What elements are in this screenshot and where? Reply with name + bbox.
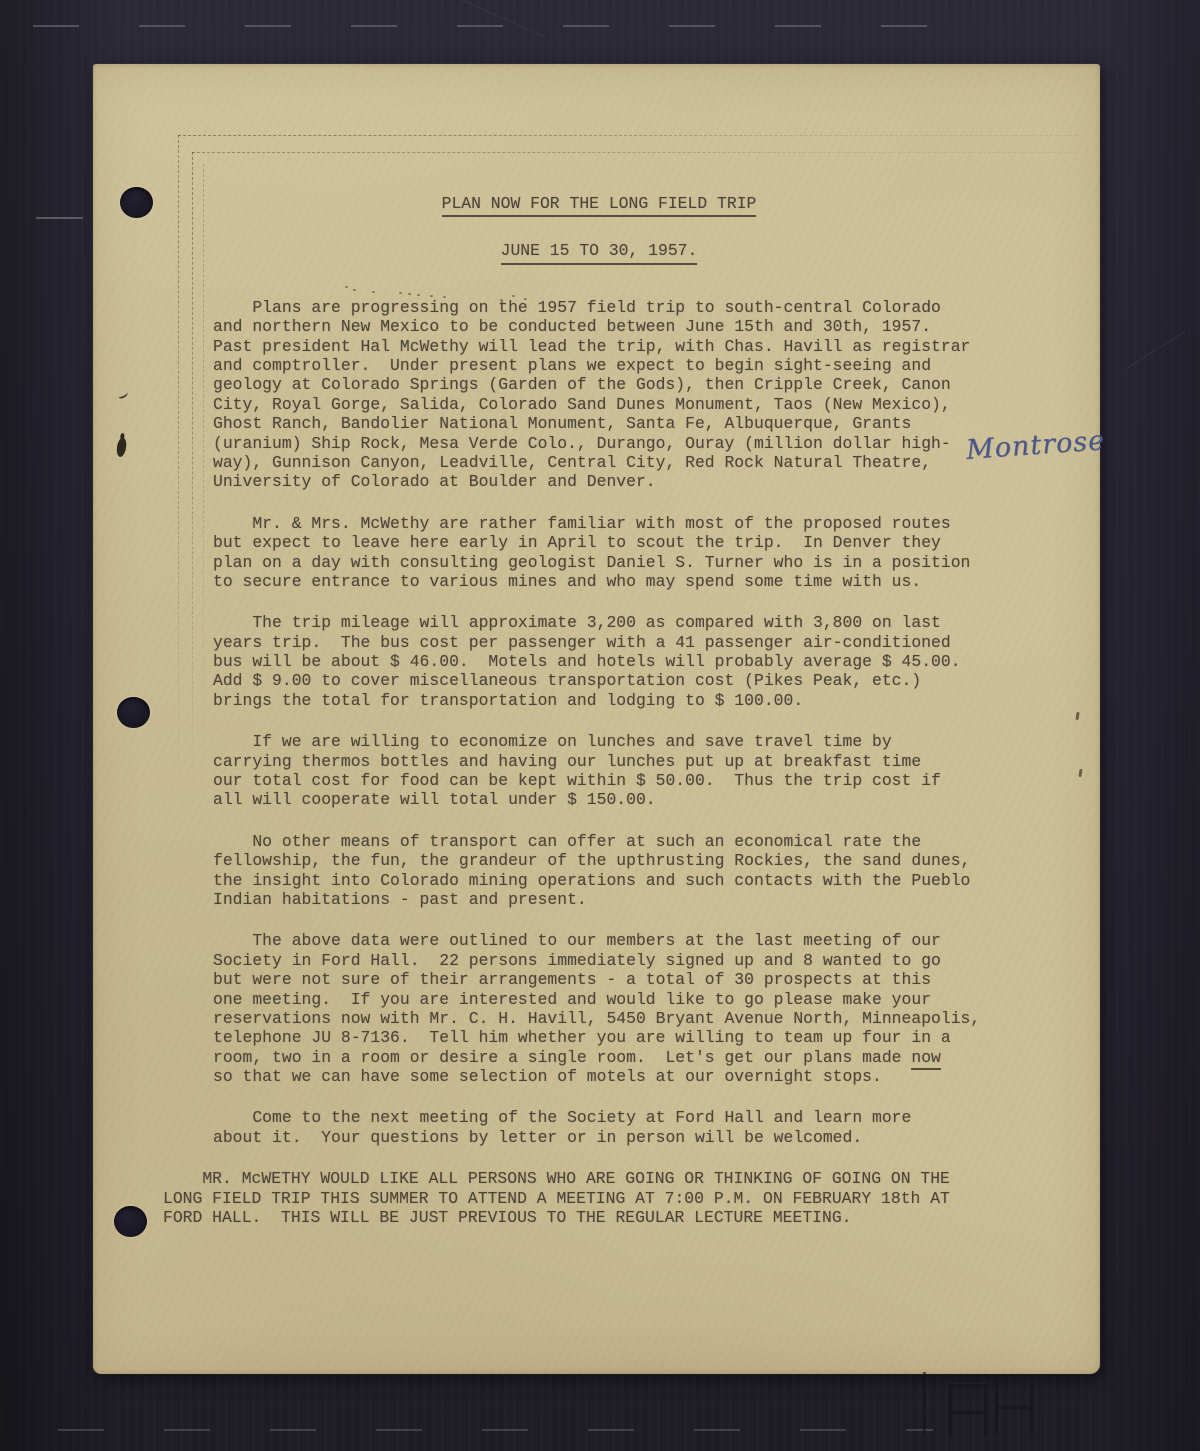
- margin-ink-blot: [116, 438, 127, 458]
- text-line: geology at Colorado Springs (Garden of t…: [213, 375, 985, 394]
- text-line: Come to the next meeting of the Society …: [213, 1108, 985, 1127]
- document-page: PLAN NOW FOR THE LONG FIELD TRIP JUNE 15…: [93, 64, 1100, 1374]
- paragraph-next-meeting: Come to the next meeting of the Society …: [213, 1108, 985, 1147]
- text-line: LONG FIELD TRIP THIS SUMMER TO ATTEND A …: [163, 1189, 985, 1208]
- background-scratch: [1125, 332, 1185, 370]
- paragraph-reservations: The above data were outlined to our memb…: [213, 931, 985, 1086]
- text-line: Mr. & Mrs. McWethy are rather familiar w…: [213, 514, 985, 533]
- text-line: years trip. The bus cost per passenger w…: [213, 633, 985, 652]
- paragraph-value: No other means of transport can offer at…: [213, 832, 985, 910]
- margin-ink-tick: [1075, 712, 1079, 720]
- stencil-guide-line: [192, 152, 1076, 153]
- scanner-dash-marks-top: [33, 25, 938, 27]
- paragraph-lunch-economy: If we are willing to economize on lunche…: [213, 732, 985, 810]
- text-line: Plans are progressing on the 1957 field …: [213, 298, 985, 317]
- stencil-guide-line: [192, 152, 193, 794]
- text-line: No other means of transport can offer at…: [213, 832, 985, 851]
- text-line: and northern New Mexico to be conducted …: [213, 317, 985, 336]
- paragraph-meeting-notice: MR. McWETHY WOULD LIKE ALL PERSONS WHO A…: [163, 1169, 985, 1227]
- text-line: way), Gunnison Canyon, Leadville, Centra…: [213, 453, 985, 472]
- text-line: Past president Hal McWethy will lead the…: [213, 337, 985, 356]
- handwritten-margin-annotation: Montrose: [965, 425, 1106, 466]
- typed-content: PLAN NOW FOR THE LONG FIELD TRIP JUNE 15…: [213, 194, 985, 1249]
- margin-ink-tick: [117, 390, 129, 400]
- text-line: and comptroller. Under present plans we …: [213, 356, 985, 375]
- text-line: carrying thermos bottles and having our …: [213, 752, 985, 771]
- emboss-glyph-h: [995, 1384, 1033, 1434]
- paragraph-scouting: Mr. & Mrs. McWethy are rather familiar w…: [213, 514, 985, 592]
- text-line: but were not sure of their arrangements …: [213, 970, 985, 989]
- text-line: our total cost for food can be kept with…: [213, 771, 985, 790]
- text-line: about it. Your questions by letter or in…: [213, 1128, 985, 1147]
- text-line: Society in Ford Hall. 22 persons immedia…: [213, 951, 985, 970]
- text-line: reservations now with Mr. C. H. Havill, …: [213, 1009, 985, 1028]
- stencil-guide-line: [203, 164, 204, 784]
- stencil-guide-line: [178, 135, 1078, 136]
- background-streak: [36, 217, 83, 219]
- paragraph-costs: The trip mileage will approximate 3,200 …: [213, 613, 985, 710]
- text-line: The above data were outlined to our memb…: [213, 931, 985, 950]
- text-line: If we are willing to economize on lunche…: [213, 732, 985, 751]
- scanner-dash-marks-bottom: [58, 1429, 933, 1431]
- text-line: Ghost Ranch, Bandolier National Monument…: [213, 414, 985, 433]
- punch-hole: [114, 1206, 147, 1237]
- text-line: plan on a day with consulting geologist …: [213, 553, 985, 572]
- background-scratch: [435, 0, 545, 37]
- text-line: City, Royal Gorge, Salida, Colorado Sand…: [213, 395, 985, 414]
- embossed-folder-marks: [915, 1372, 1075, 1442]
- text-line: so that we can have some selection of mo…: [213, 1067, 985, 1086]
- text-line: but expect to leave here early in April …: [213, 533, 985, 552]
- document-title: PLAN NOW FOR THE LONG FIELD TRIP: [442, 194, 757, 217]
- text-line: bus will be about $ 46.00. Motels and ho…: [213, 652, 985, 671]
- text-line: all will cooperate will total under $ 15…: [213, 790, 985, 809]
- margin-ink-tick: [1078, 769, 1082, 777]
- stencil-guide-line: [178, 135, 179, 785]
- title-row: PLAN NOW FOR THE LONG FIELD TRIP: [213, 194, 985, 217]
- emboss-glyph-a: [949, 1384, 987, 1437]
- text-line: fellowship, the fun, the grandeur of the…: [213, 851, 985, 870]
- text-line: to secure entrance to various mines and …: [213, 572, 985, 591]
- text-line: Add $ 9.00 to cover miscellaneous transp…: [213, 671, 985, 690]
- text-line: the insight into Colorado mining operati…: [213, 871, 985, 890]
- text-line: MR. McWETHY WOULD LIKE ALL PERSONS WHO A…: [163, 1169, 985, 1188]
- emboss-bar: [923, 1372, 926, 1434]
- document-date: JUNE 15 TO 30, 1957.: [501, 241, 698, 264]
- punch-hole: [117, 697, 150, 728]
- text-line: FORD HALL. THIS WILL BE JUST PREVIOUS TO…: [163, 1208, 985, 1227]
- punch-hole: [120, 187, 153, 218]
- text-line: telephone JU 8-7136. Tell him whether yo…: [213, 1028, 985, 1047]
- text-line: one meeting. If you are interested and w…: [213, 990, 985, 1009]
- text-line: University of Colorado at Boulder and De…: [213, 472, 985, 491]
- scan-background: PLAN NOW FOR THE LONG FIELD TRIP JUNE 15…: [0, 0, 1200, 1451]
- text-line: brings the total for transportation and …: [213, 691, 985, 710]
- paragraphs: Plans are progressing on the 1957 field …: [213, 298, 985, 1228]
- text-line: room, two in a room or desire a single r…: [213, 1048, 985, 1067]
- date-row: JUNE 15 TO 30, 1957.: [213, 241, 985, 264]
- paragraph-itinerary: Plans are progressing on the 1957 field …: [213, 298, 985, 492]
- text-line: (uranium) Ship Rock, Mesa Verde Colo., D…: [213, 434, 985, 453]
- text-line: The trip mileage will approximate 3,200 …: [213, 613, 985, 632]
- text-line: Indian habitations - past and present.: [213, 890, 985, 909]
